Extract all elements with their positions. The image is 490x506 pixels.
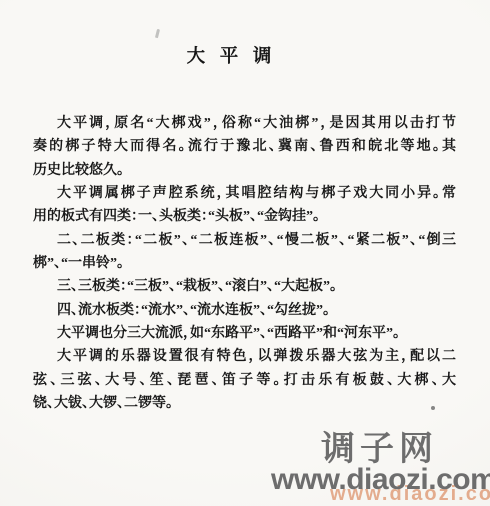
scan-dot-icon xyxy=(431,406,435,410)
text-line: 奏的梆子特大而得名。流行于豫北、冀南、鲁西和皖北等地。其 xyxy=(33,135,456,158)
text-line: 用的板式有四类：一、头板类：“头板”、“金钩挂”。 xyxy=(33,205,456,228)
watermark-site-url: www.diaozi.com xyxy=(271,465,490,495)
text-line: 大平调属梆子声腔系统，其唱腔结构与梆子戏大同小异。常 xyxy=(33,182,456,205)
text-line: 四、流水板类：“流水”、“流水连板”、“勾丝拢”。 xyxy=(33,299,456,322)
scan-speck-icon xyxy=(155,29,160,38)
text-line: 大平调，原名“大梆戏”，俗称“大油梆”，是因其用以击打节 xyxy=(33,112,456,135)
scanned-document-page: 大 平 调 大平调，原名“大梆戏”，俗称“大油梆”，是因其用以击打节 奏的梆子特… xyxy=(0,0,490,506)
text-line: 大平调也分三大流派，如“东路平”、“西路平”和“河东平”。 xyxy=(33,322,456,345)
text-line: 梆”、“一串铃”。 xyxy=(33,252,456,275)
page-title: 大 平 调 xyxy=(20,42,443,68)
text-line: 大平调的乐器设置很有特色，以弹拨乐器大弦为主，配以二 xyxy=(33,345,456,368)
text-line: 铙、大钹、大锣、二锣等。 xyxy=(33,392,456,415)
text-line: 二、二板类：“二板”、“二板连板”、“慢二板”、“紧二板”、“倒三 xyxy=(33,229,456,252)
body-text: 大平调，原名“大梆戏”，俗称“大油梆”，是因其用以击打节 奏的梆子特大而得名。流… xyxy=(33,112,456,415)
text-line: 弦、三弦、大号、笙、琵琶、笛子等。打击乐有板鼓、大梆、大 xyxy=(33,369,456,392)
text-line: 三、三板类：“三板”、“栽板”、“滚白”、“大起板”。 xyxy=(33,275,456,298)
text-line: 历史比较悠久。 xyxy=(33,159,456,182)
